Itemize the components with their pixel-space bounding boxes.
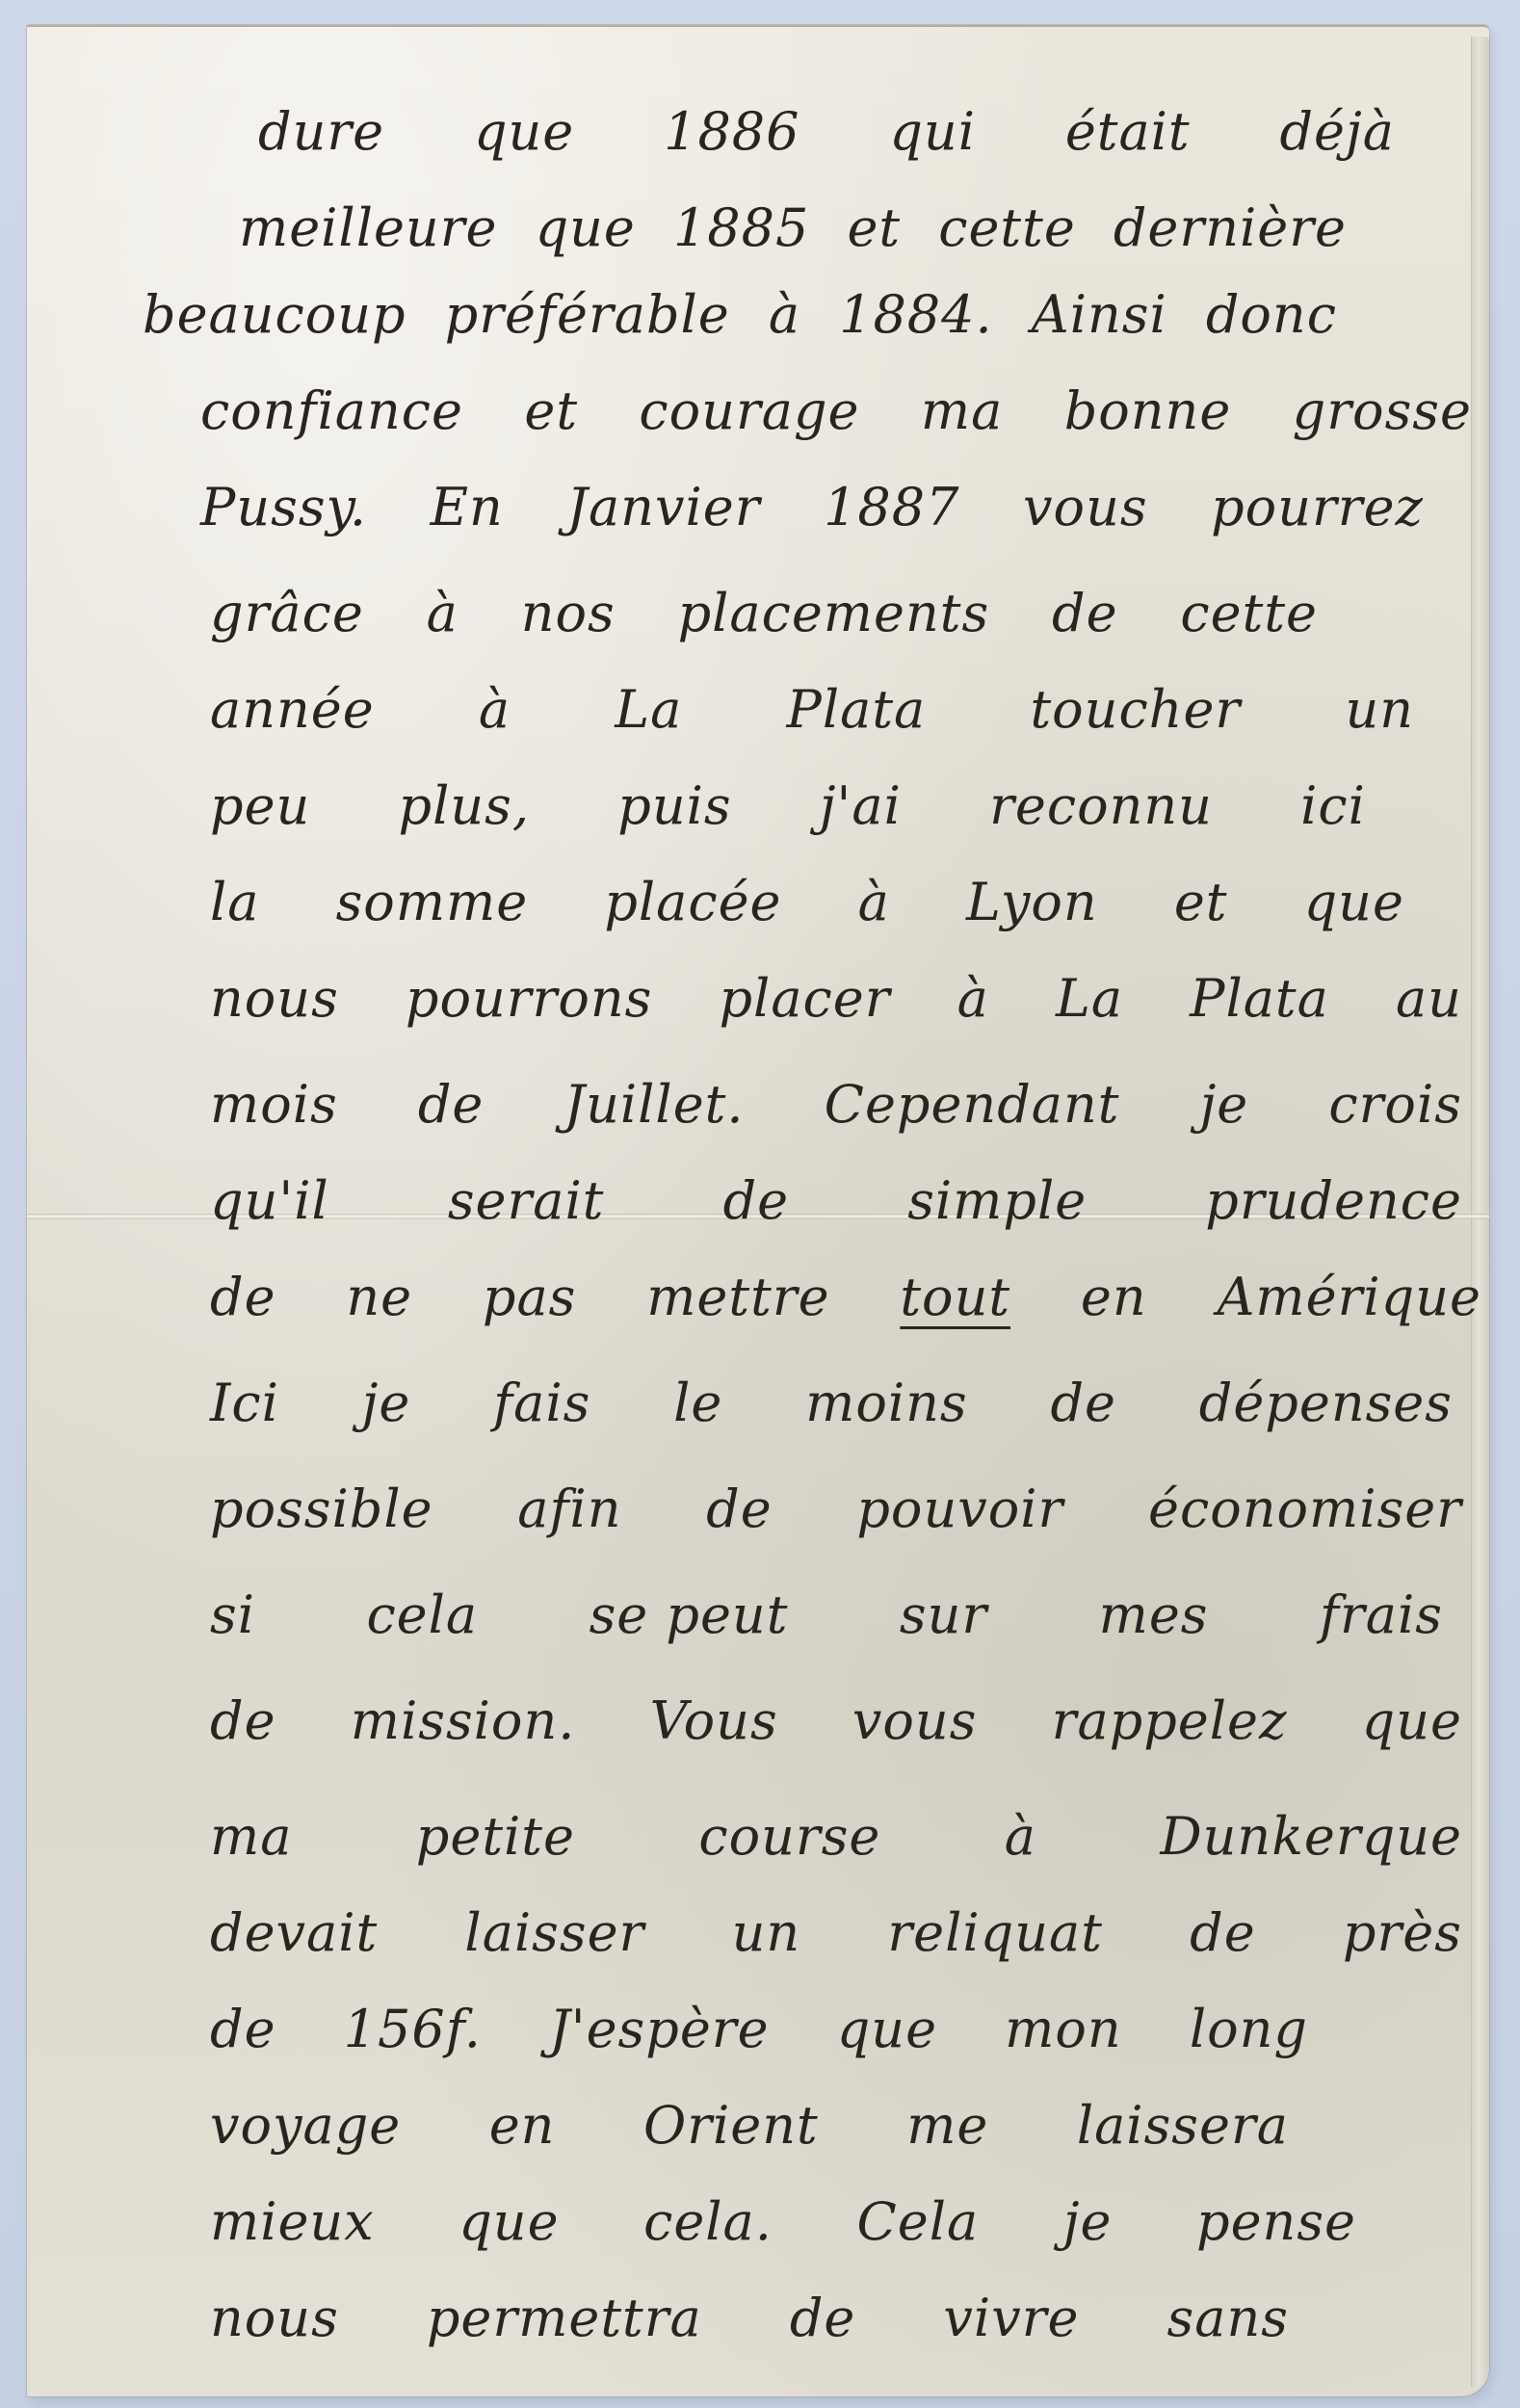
- word: vous: [852, 1690, 978, 1751]
- word: de: [210, 1690, 276, 1751]
- word: Vous: [650, 1690, 778, 1751]
- text-line: possible afin de pouvoir économiser: [210, 1424, 1462, 1539]
- word: rappelez: [1052, 1690, 1288, 1751]
- word: nous: [210, 2288, 339, 2348]
- word: permettra: [427, 2288, 702, 2348]
- text-line: de ne pas mettre tout en Amérique: [210, 1212, 1481, 1327]
- text-line: Ici je fais le moins de dépenses: [210, 1318, 1453, 1433]
- word: de: [790, 2288, 856, 2348]
- word: vivre: [943, 2288, 1079, 2348]
- text-line: Pussy. En Janvier 1887 vous pourrez: [200, 422, 1424, 537]
- text-line: nous pourrons placer à La Plata au: [210, 913, 1462, 1029]
- word: mission.: [351, 1690, 576, 1751]
- word: près: [1343, 1902, 1462, 1963]
- word: que: [1362, 1690, 1462, 1751]
- text-line: de mission. Vous vous rappelez que: [210, 1636, 1462, 1751]
- text-line: nous permettra de vivre sans: [210, 2233, 1289, 2348]
- letter-page: dure que 1886 qui était déjà meilleure q…: [27, 25, 1489, 2396]
- text-line: si cela se peut sur mes frais: [210, 1530, 1443, 1645]
- word: sans: [1167, 2288, 1289, 2348]
